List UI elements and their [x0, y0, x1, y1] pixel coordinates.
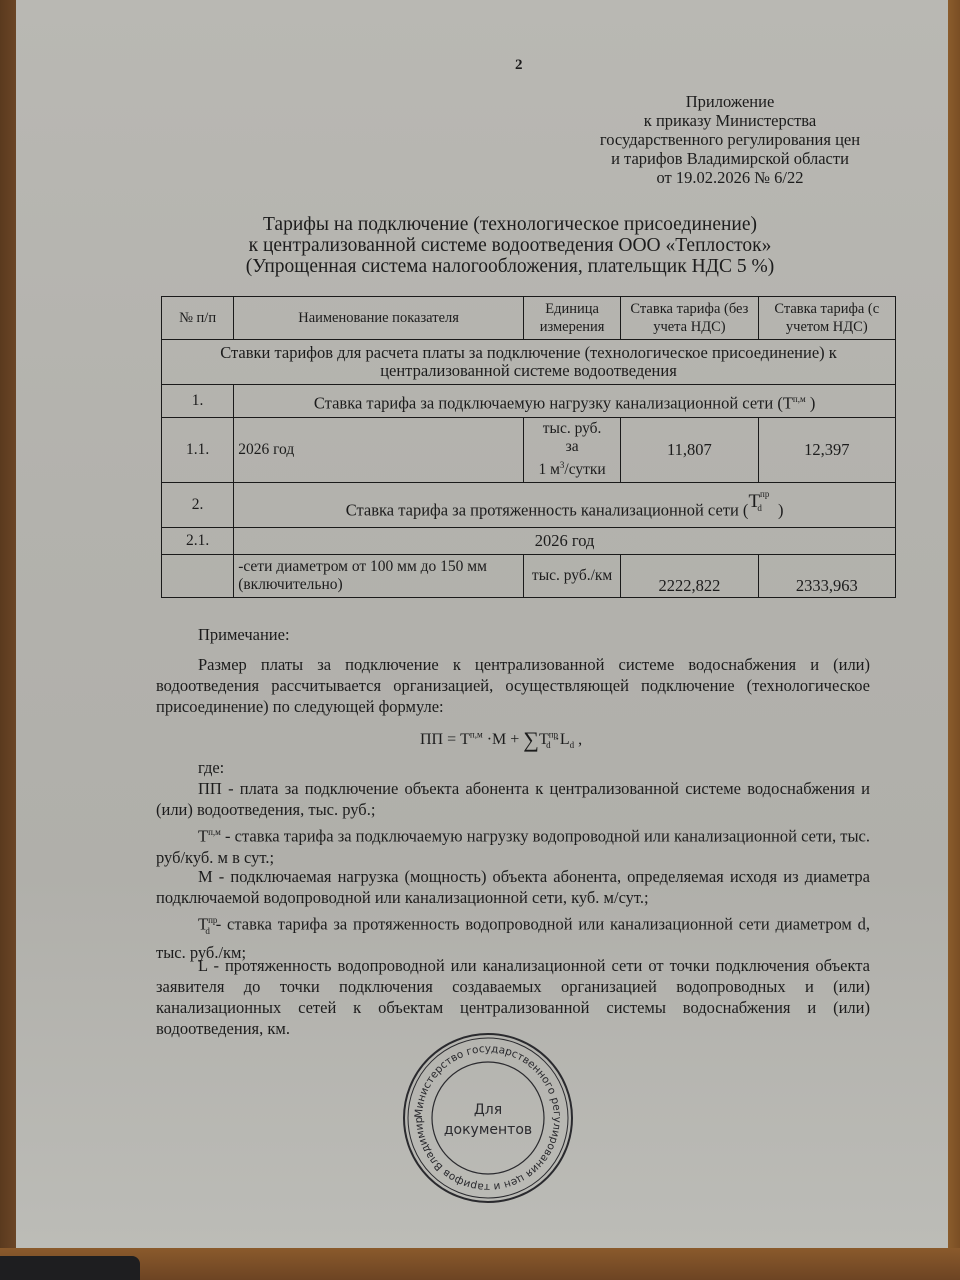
definition-l: L - протяженность водопроводной или кана… [156, 955, 870, 1039]
section-title: Ставки тарифов для расчета платы за подк… [162, 340, 896, 385]
header-name: Наименование показателя [234, 297, 524, 340]
table-row: 1.1. 2026 год тыс. руб. за 1 м3/сутки 11… [162, 418, 896, 483]
note-where: где: [156, 757, 870, 778]
appendix-line: Приложение [580, 92, 880, 111]
desk-surface [0, 1248, 960, 1280]
table-row: -сети диаметром от 100 мм до 150 мм (вкл… [162, 555, 896, 598]
row-label: 2026 год [234, 528, 896, 555]
title-line: к централизованной системе водоотведения… [160, 235, 860, 256]
table-row: 1. Ставка тарифа за подключаемую нагрузк… [162, 385, 896, 418]
rate-vat: 2333,963 [758, 555, 895, 598]
title-line: Тарифы на подключение (технологическое п… [160, 214, 860, 235]
table-header-row: № п/п Наименование показателя Единица из… [162, 297, 896, 340]
row-label: Ставка тарифа за подключаемую нагрузку к… [234, 385, 896, 418]
note-heading: Примечание: [156, 624, 870, 645]
appendix-line: к приказу Министерства [580, 111, 880, 130]
table-row: 2. Ставка тарифа за протяженность канали… [162, 483, 896, 528]
header-rate-no-vat: Ставка тарифа (без учета НДС) [621, 297, 758, 340]
definition-pp: ПП - плата за подключение объекта абонен… [156, 778, 870, 820]
header-unit: Единица измерения [523, 297, 620, 340]
appendix-header: Приложение к приказу Министерства госуда… [580, 92, 880, 187]
note-intro: Размер платы за подключение к централизо… [156, 654, 870, 717]
fee-formula: ПП = Tп,м ·M + ∑Tпрd ·Ld , [420, 727, 582, 753]
stamp-center-line2: документов [444, 1122, 532, 1138]
title-line: (Упрощенная система налогообложения, пла… [160, 256, 860, 277]
row-num: 1.1. [162, 418, 234, 483]
rate-vat: 12,397 [758, 418, 895, 483]
appendix-line: от 19.02.2026 № 6/22 [580, 168, 880, 187]
stamp-center-line1: Для [474, 1102, 502, 1118]
section-row: Ставки тарифов для расчета платы за подк… [162, 340, 896, 385]
row-num: 2.1. [162, 528, 234, 555]
dark-object [0, 1256, 140, 1280]
row-num: 1. [162, 385, 234, 418]
rate-no-vat: 2222,822 [621, 555, 758, 598]
official-stamp: Министерство государственного регулирова… [400, 1030, 576, 1206]
row-unit: тыс. руб./км [523, 555, 620, 598]
header-rate-vat: Ставка тарифа (с учетом НДС) [758, 297, 895, 340]
appendix-line: и тарифов Владимирской области [580, 149, 880, 168]
definition-t-pm: Tп,м - ставка тарифа за подключаемую наг… [156, 822, 870, 868]
row-name: -сети диаметром от 100 мм до 150 мм (вкл… [234, 555, 524, 598]
row-label: Ставка тарифа за протяженность канализац… [234, 483, 896, 528]
row-num [162, 555, 234, 598]
rate-no-vat: 11,807 [621, 418, 758, 483]
header-num: № п/п [162, 297, 234, 340]
definition-m: М - подключаемая нагрузка (мощность) объ… [156, 866, 870, 908]
page-number: 2 [515, 57, 523, 74]
row-unit: тыс. руб. за 1 м3/сутки [523, 418, 620, 483]
appendix-line: государственного регулирования цен [580, 130, 880, 149]
document-title: Тарифы на подключение (технологическое п… [160, 214, 860, 277]
tariff-table: № п/п Наименование показателя Единица из… [161, 296, 896, 598]
row-name: 2026 год [234, 418, 524, 483]
row-num: 2. [162, 483, 234, 528]
table-row: 2.1. 2026 год [162, 528, 896, 555]
